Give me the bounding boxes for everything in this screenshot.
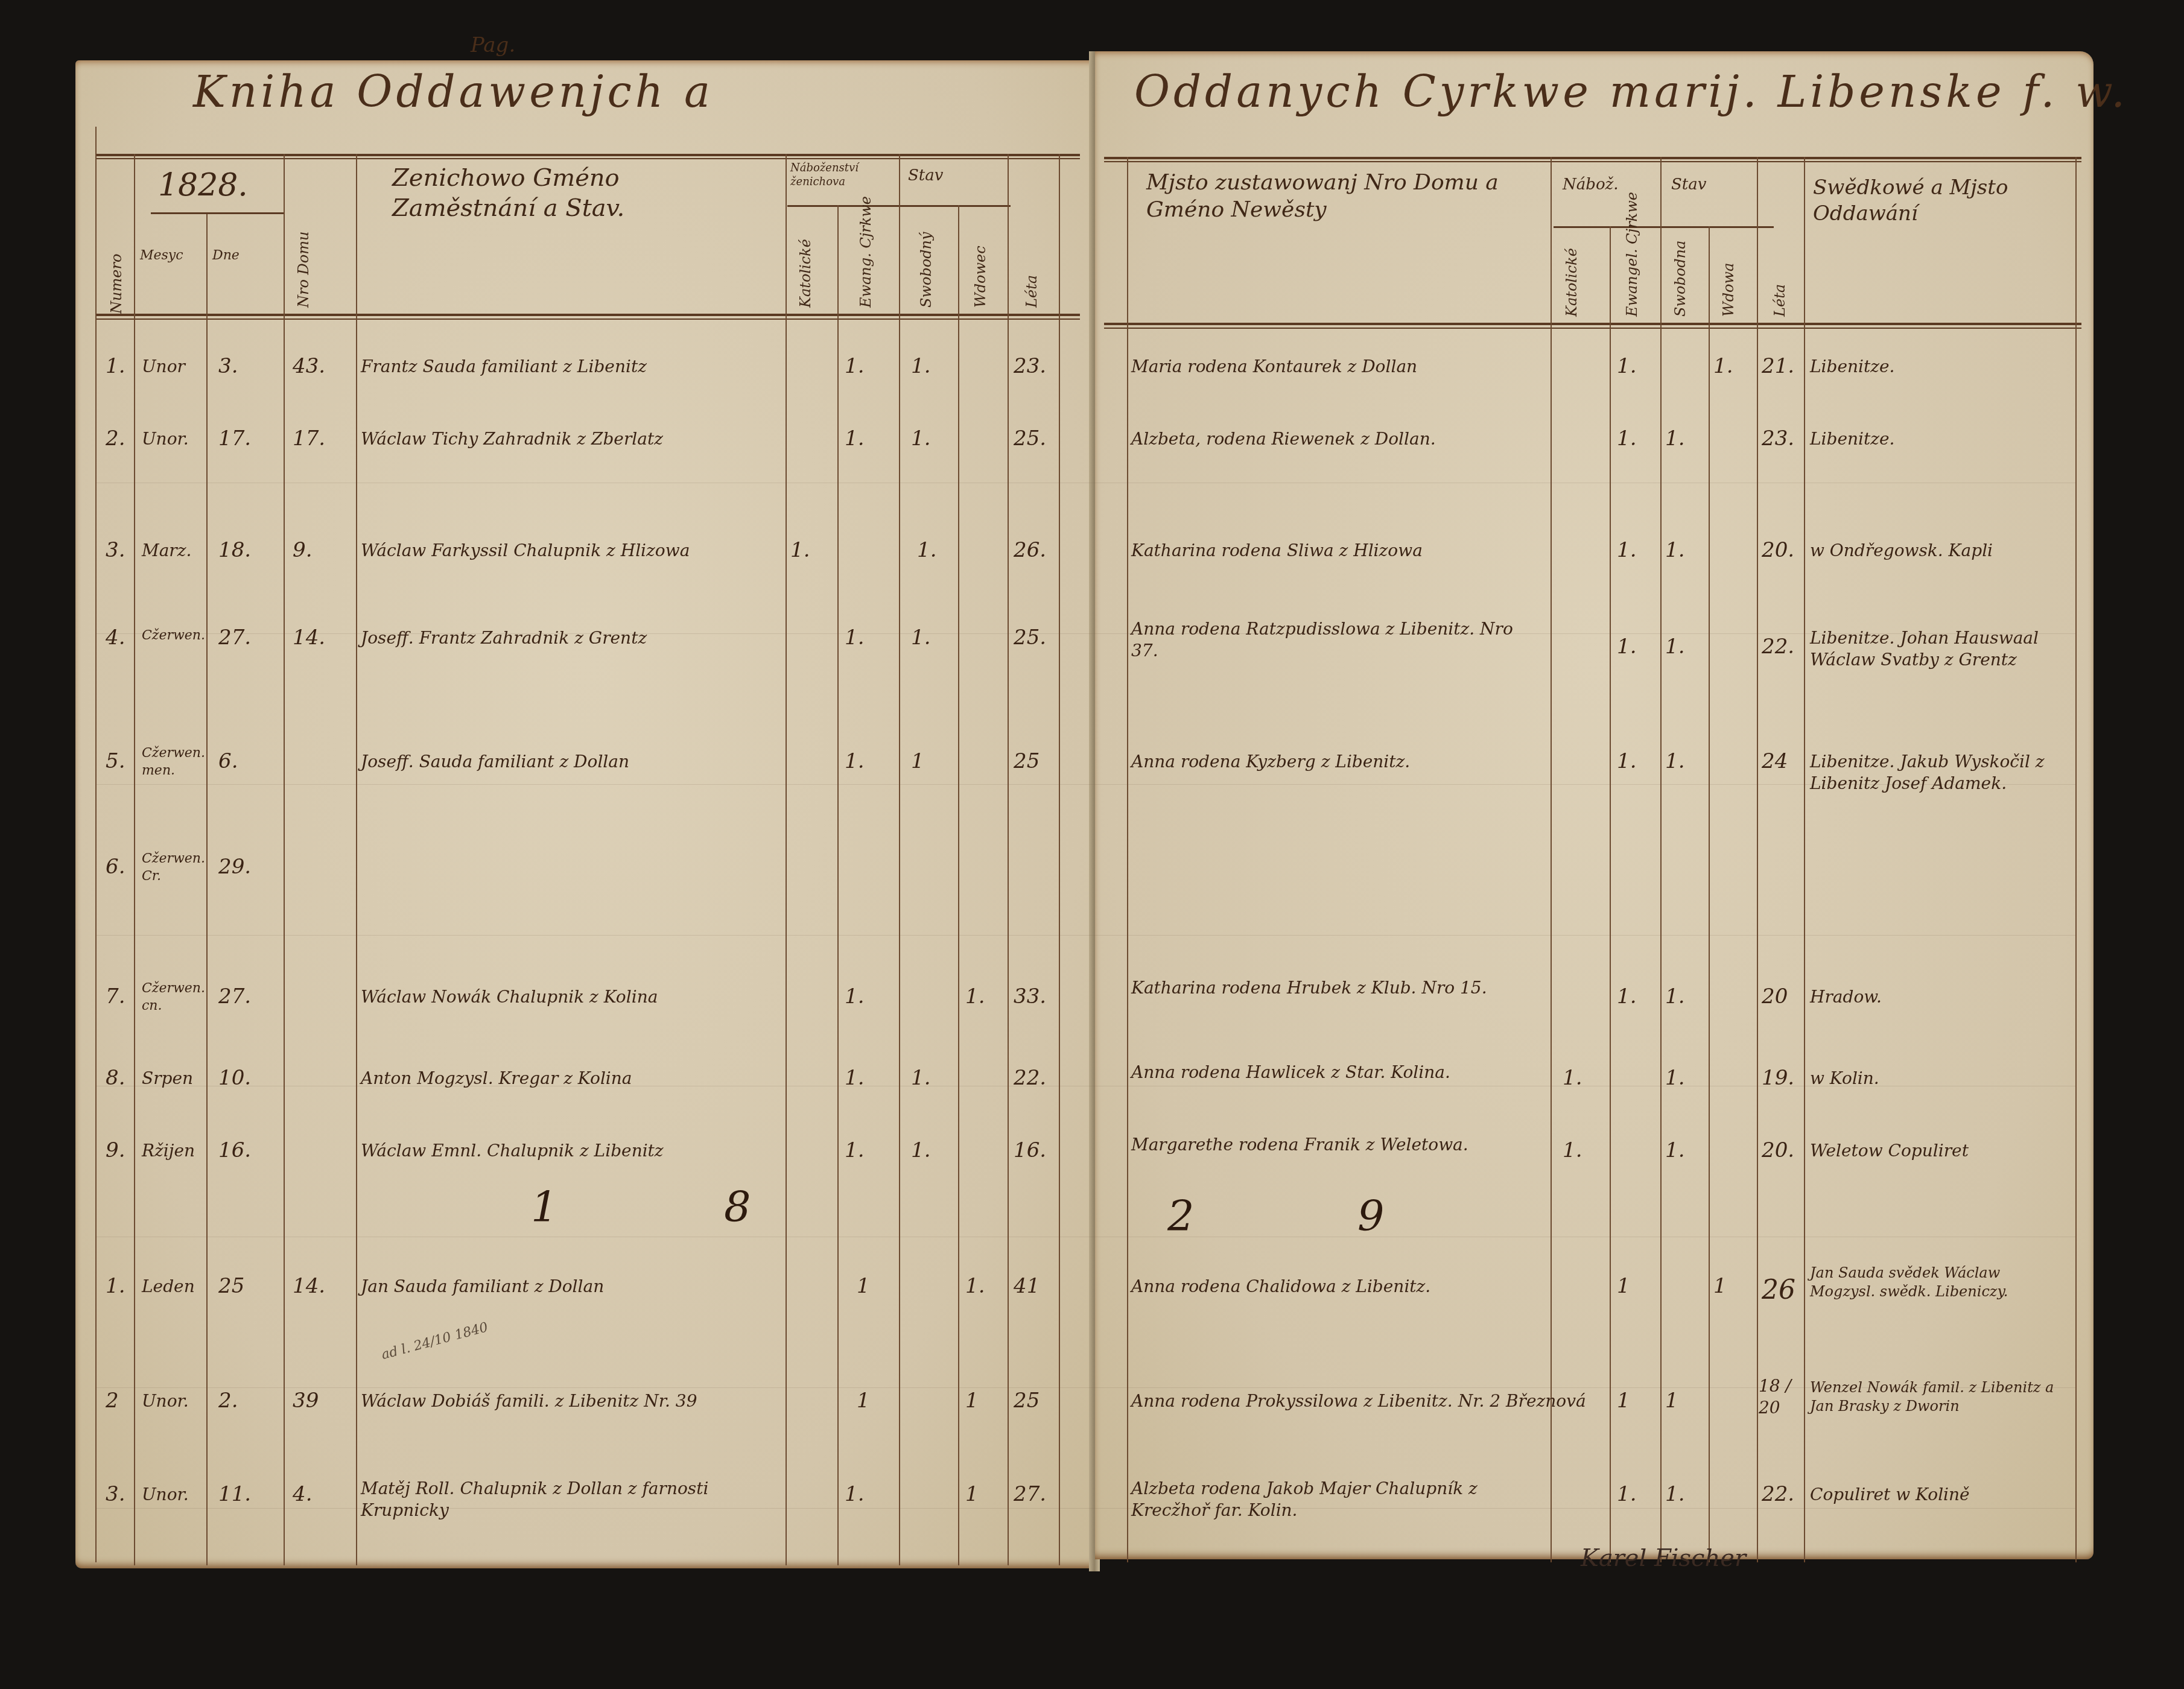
entry-age: 26. — [1014, 537, 1046, 563]
entry-bride-single: 1. — [1713, 353, 1733, 379]
entry-age: 16. — [1014, 1137, 1046, 1164]
header-witnesses: Swědkowé a Mjsto Oddawání — [1813, 175, 2066, 226]
entry-house: 43. — [293, 353, 325, 379]
entry-age: 27. — [1014, 1481, 1046, 1507]
entry-groom: Joseff. Sauda familiant z Dollan — [361, 751, 629, 773]
entry-month: Unor — [142, 356, 185, 378]
religion-subrule — [1554, 226, 1774, 228]
entry-bride: Katharina rodena Sliwa z Hlizowa — [1131, 540, 1423, 562]
entry-day: 27. — [218, 983, 251, 1010]
entry-single: 1. — [911, 1065, 930, 1091]
entry-day: 18. — [218, 537, 251, 563]
entry-catholic: 1. — [845, 624, 864, 651]
entry-number: 5. — [106, 748, 125, 775]
entry-month: Cžerwen. Cr. — [142, 851, 202, 885]
entry-groom: Wáclaw Dobiáš famili. z Libenitz Nr. 39 — [361, 1390, 697, 1412]
entry-witnesses: Libenitze. Johan Hauswaal Wáclaw Svatby … — [1810, 627, 2069, 671]
entry-day: 10. — [218, 1065, 251, 1091]
header-groom-religion: Náboženství ženichova — [790, 162, 896, 189]
entry-groom: Frantz Sauda familiant z Libenitz — [361, 356, 647, 378]
header-year: 1828. — [158, 166, 248, 205]
entry-bride-age: 20. — [1762, 537, 1794, 563]
entry-day: 29. — [218, 854, 251, 880]
entry-catholic: 1. — [845, 353, 864, 379]
column-divider — [284, 154, 285, 1565]
header-bride: Mjsto zustawowanj Nro Domu a Gméno Newěs… — [1146, 169, 1520, 223]
entry-bride: Anna rodena Hawlicek z Star. Kolina. — [1131, 1062, 1541, 1083]
entry-month: Unor. — [142, 1390, 189, 1412]
entry-house: 17. — [293, 425, 325, 452]
entry-number: 2. — [106, 425, 125, 452]
entry-bride: Anna rodena Prokyssilowa z Libenitz. Nr.… — [1131, 1390, 1586, 1412]
entry-month: Cžerwen. — [142, 627, 205, 645]
year-digit: 9 — [1357, 1191, 1385, 1241]
entry-bride-widowed: 1. — [1665, 1065, 1684, 1091]
entry-bride-catholic: 1. — [1617, 633, 1636, 660]
entry-groom: Matěj Roll. Chalupnik z Dollan z farnost… — [361, 1478, 771, 1522]
column-divider — [1059, 154, 1060, 1565]
entry-groom: Jan Sauda familiant z Dollan — [361, 1276, 604, 1298]
header-groom: Zenichowo Gméno Zaměstnání a Stav. — [392, 163, 754, 223]
year-subrule — [151, 212, 284, 214]
entry-catholic: 1. — [845, 1137, 864, 1164]
entry-bride-catholic: 1. — [1617, 748, 1636, 775]
entry-witnesses: Hradow. — [1810, 986, 1882, 1008]
header-other-faith: Ewang. Cjrkwe — [857, 196, 875, 308]
entry-catholic: 1. — [845, 1481, 864, 1507]
entry-house: 4. — [293, 1481, 312, 1507]
entry-bride: Anna rodena Ratzpudisslowa z Libenitz. N… — [1131, 618, 1541, 662]
entry-bride: Alzbeta, rodena Riewenek z Dollan. — [1131, 428, 1436, 450]
entry-catholic: 1. — [845, 983, 864, 1010]
entry-bride-single: 1. — [1665, 983, 1684, 1010]
entry-bride-age: 18 / 20 — [1759, 1375, 1801, 1419]
header-bride-religion: Nábož. — [1563, 175, 1619, 195]
header-house-no: Nro Domu — [294, 232, 313, 308]
entry-groom: Wáclaw Emnl. Chalupnik z Libenitz — [361, 1140, 664, 1162]
header-day: Dne — [212, 247, 240, 264]
header-month: Mesyc — [140, 247, 183, 264]
entry-witnesses: Copuliret w Kolině — [1810, 1484, 1970, 1506]
entry-bride-single: 1. — [1665, 633, 1684, 660]
entry-groom: Wáclaw Tichy Zahradnik z Zberlatz — [361, 428, 663, 450]
entry-day: 3. — [218, 353, 238, 379]
entry-number: 3. — [106, 537, 125, 563]
entry-age: 25. — [1014, 624, 1046, 651]
ruled-line — [97, 1237, 2075, 1237]
header-bottom-rule — [97, 314, 1080, 316]
header-bottom-rule — [1104, 323, 2081, 325]
entry-bride-age: 26 — [1762, 1273, 1795, 1307]
entry-bride-age: 23. — [1762, 425, 1794, 452]
entry-day: 25 — [218, 1273, 244, 1299]
entry-bride-age: 22. — [1762, 633, 1794, 660]
right-page — [1095, 51, 2094, 1559]
entry-single: 1. — [917, 537, 936, 563]
header-top-rule — [1104, 157, 2081, 159]
entry-groom: Anton Mogzysl. Kregar z Kolina — [361, 1068, 632, 1089]
entry-day: 17. — [218, 425, 251, 452]
entry-widowed: 1 — [965, 1387, 979, 1414]
entry-bride: Alzbeta rodena Jakob Majer Chalupník z K… — [1131, 1478, 1541, 1522]
header-bottom-rule — [97, 318, 1080, 320]
header-number: Numero — [107, 254, 125, 314]
entry-month: Unor. — [142, 1484, 189, 1506]
entry-witnesses: Libenitze. Jakub Wyskočil z Libenitz Jos… — [1810, 751, 2069, 795]
year-digit: 2 — [1167, 1191, 1195, 1241]
entry-groom: Wáclaw Farkyssil Chalupnik z Hlizowa — [361, 540, 690, 562]
entry-single: 1. — [911, 1137, 930, 1164]
entry-month: Cžerwen. cn. — [142, 980, 202, 1015]
entry-witnesses: w Kolin. — [1810, 1068, 1879, 1089]
entry-single: 1. — [911, 353, 930, 379]
entry-witnesses: Wenzel Nowák famil. z Libenitz a Jan Bra… — [1810, 1378, 2069, 1416]
entry-catholic: 1. — [845, 425, 864, 452]
entry-bride: Maria rodena Kontaurek z Dollan — [1131, 356, 1417, 378]
entry-witnesses: Weletow Copuliret — [1810, 1140, 1969, 1162]
entry-age: 33. — [1014, 983, 1046, 1010]
entry-age: 22. — [1014, 1065, 1046, 1091]
column-divider — [1660, 157, 1662, 1562]
page-title-left: Kniha Oddawenjch a — [193, 66, 714, 117]
ruled-line — [97, 784, 2075, 785]
entry-groom: Joseff. Frantz Zahradnik z Grentz — [361, 627, 647, 649]
header-bride-catholic: Katolické — [1563, 248, 1581, 317]
column-divider — [2075, 157, 2077, 1562]
entry-bride-widowed: 1 — [1713, 1273, 1727, 1299]
entry-number: 8. — [106, 1065, 125, 1091]
entry-catholic: 1. — [790, 537, 810, 563]
entry-bride-single: 1. — [1665, 537, 1684, 563]
entry-catholic: 1. — [845, 1065, 864, 1091]
entry-bride: Anna rodena Kyzberg z Libenitz. — [1131, 751, 1410, 773]
entry-widowed: 1. — [965, 1273, 985, 1299]
column-divider — [1551, 157, 1552, 1562]
entry-house: 9. — [293, 537, 312, 563]
header-top-rule — [97, 158, 1080, 159]
header-top-rule — [1104, 161, 2081, 162]
entry-single: 1 — [911, 748, 924, 775]
entry-bride-catholic: 1. — [1617, 1481, 1636, 1507]
header-status: Stav — [908, 166, 943, 186]
header-catholic: Katolické — [796, 239, 814, 308]
entry-day: 16. — [218, 1137, 251, 1164]
entry-bride-catholic: 1. — [1617, 983, 1636, 1010]
header-bride-other: Ewangel. Cjrkwe — [1623, 192, 1641, 317]
year-digit: 8 — [724, 1182, 751, 1232]
entry-bride-catholic: 1. — [1617, 353, 1636, 379]
entry-month: Marz. — [142, 540, 191, 562]
column-divider — [786, 154, 787, 1565]
entry-bride-other: 1 — [1665, 1387, 1678, 1414]
entry-number: 2 — [106, 1387, 119, 1414]
entry-house: 14. — [293, 1273, 325, 1299]
entry-bride-catholic: 1. — [1617, 425, 1636, 452]
entry-witnesses: Jan Sauda svědek Wáclaw Mogzysl. swědk. … — [1810, 1264, 2069, 1301]
column-divider — [356, 154, 357, 1565]
entry-month: Unor. — [142, 428, 189, 450]
column-divider — [1610, 226, 1611, 1562]
entry-number: 9. — [106, 1137, 125, 1164]
entry-catholic: 1 — [857, 1387, 870, 1414]
ruled-line — [97, 483, 2075, 483]
column-divider — [1709, 226, 1710, 1562]
entry-number: 6. — [106, 854, 125, 880]
entry-witnesses: Libenitze. — [1810, 356, 1895, 378]
entry-house: 39 — [293, 1387, 319, 1414]
entry-day: 27. — [218, 624, 251, 651]
header-bride-single: Swobodna — [1671, 241, 1689, 317]
entry-widowed: 1. — [965, 983, 985, 1010]
entry-month: Srpen — [142, 1068, 193, 1089]
header-single: Swobodný — [917, 232, 935, 308]
entry-month: Leden — [142, 1276, 195, 1298]
header-age: Léta — [1023, 275, 1041, 308]
entry-bride-single: 1. — [1665, 425, 1684, 452]
entry-bride-age: 19. — [1762, 1065, 1794, 1091]
entry-bride-age: 20 — [1762, 983, 1788, 1010]
entry-bride-age: 21. — [1762, 353, 1794, 379]
ruled-line — [97, 935, 2075, 936]
entry-number: 7. — [106, 983, 125, 1010]
entry-bride-catholic: 1. — [1563, 1065, 1582, 1091]
entry-catholic: 1 — [857, 1273, 870, 1299]
signature: Karel Fischer — [1581, 1544, 1746, 1572]
entry-bride: Anna rodena Chalidowa z Libenitz. — [1131, 1276, 1430, 1298]
entry-age: 23. — [1014, 353, 1046, 379]
entry-widowed: 1 — [965, 1481, 979, 1507]
entry-bride: Katharina rodena Hrubek z Klub. Nro 15. — [1131, 977, 1541, 999]
column-divider — [1127, 157, 1128, 1562]
column-divider — [95, 127, 97, 1562]
column-divider — [134, 154, 135, 1565]
entry-day: 11. — [218, 1481, 251, 1507]
entry-number: 3. — [106, 1481, 125, 1507]
header-bottom-rule — [1104, 328, 2081, 329]
entry-bride-catholic: 1 — [1617, 1273, 1630, 1299]
column-divider — [206, 214, 208, 1565]
entry-number: 1. — [106, 1273, 125, 1299]
entry-bride-age: 20. — [1762, 1137, 1794, 1164]
entry-bride-catholic: 1 — [1617, 1387, 1630, 1414]
entry-witnesses: Libenitze. — [1810, 428, 1895, 450]
entry-single: 1. — [911, 425, 930, 452]
entry-single: 1. — [911, 624, 930, 651]
column-divider — [899, 154, 900, 1565]
header-bride-age: Léta — [1771, 284, 1789, 317]
entry-month: Ržijen — [142, 1140, 195, 1162]
entry-bride-catholic: 1. — [1617, 537, 1636, 563]
entry-day: 2. — [218, 1387, 238, 1414]
entry-age: 25 — [1014, 748, 1040, 775]
entry-bride-age: 24 — [1762, 748, 1788, 775]
entry-groom: Wáclaw Nowák Chalupnik z Kolina — [361, 986, 658, 1008]
entry-bride-widowed: 1. — [1665, 1137, 1684, 1164]
header-widowed: Wdowec — [971, 246, 989, 308]
column-divider — [1804, 157, 1805, 1562]
page-title-right: Oddanych Cyrkwe marij. Libenske f. w. — [1134, 66, 2128, 117]
header-bride-status: Stav — [1671, 175, 1706, 195]
entry-bride-age: 22. — [1762, 1481, 1794, 1507]
entry-age: 41 — [1014, 1273, 1040, 1299]
entry-number: 1. — [106, 353, 125, 379]
entry-bride: Margarethe rodena Franik z Weletowa. — [1131, 1134, 1541, 1156]
page-title-superscript: Pag. — [471, 33, 515, 57]
entry-month: Cžerwen. men. — [142, 745, 202, 779]
header-bride-widowed: Wdowa — [1719, 263, 1738, 317]
entry-bride-other: 1. — [1665, 1481, 1684, 1507]
left-page — [75, 60, 1095, 1568]
entry-bride-single: 1. — [1665, 748, 1684, 775]
column-divider — [958, 205, 959, 1565]
entry-house: 14. — [293, 624, 325, 651]
header-top-rule — [97, 154, 1080, 156]
entry-age: 25. — [1014, 425, 1046, 452]
column-divider — [837, 205, 839, 1565]
entry-number: 4. — [106, 624, 125, 651]
entry-catholic: 1. — [845, 748, 864, 775]
column-divider — [1757, 157, 1758, 1562]
entry-witnesses: w Ondřegowsk. Kapli — [1810, 540, 1993, 562]
entry-day: 6. — [218, 748, 238, 775]
column-divider — [1008, 154, 1009, 1565]
entry-age: 25 — [1014, 1387, 1040, 1414]
entry-bride-catholic: 1. — [1563, 1137, 1582, 1164]
year-digit: 1 — [531, 1182, 558, 1232]
